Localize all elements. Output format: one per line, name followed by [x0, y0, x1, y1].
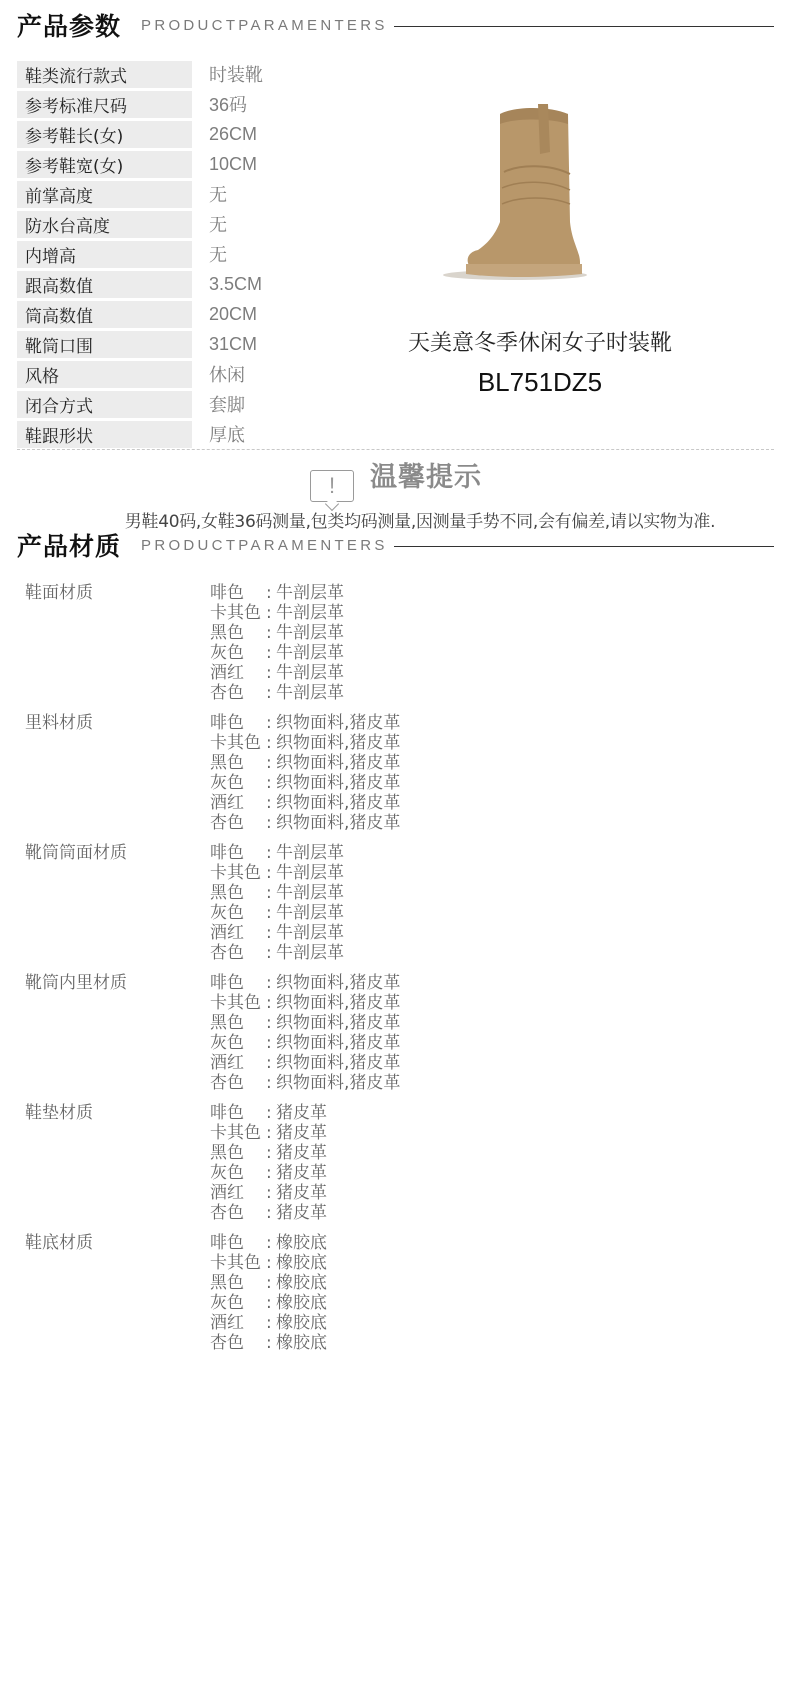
material-separator: :	[266, 713, 276, 733]
material-separator: :	[266, 943, 276, 963]
material-separator: :	[266, 793, 276, 813]
material-value: 猪皮革	[276, 1183, 327, 1203]
material-line: 黑色:橡胶底	[210, 1273, 327, 1293]
params-section-title: 产品参数	[17, 7, 121, 43]
material-line: 酒红:织物面料,猪皮革	[210, 1053, 400, 1073]
material-line: 杏色:牛剖层革	[210, 683, 344, 703]
material-color: 黑色	[210, 1273, 266, 1293]
material-lines: 啡色:织物面料,猪皮革卡其色:织物面料,猪皮革黑色:织物面料,猪皮革灰色:织物面…	[210, 973, 400, 1093]
param-key: 闭合方式	[17, 391, 192, 418]
material-value: 猪皮革	[276, 1203, 327, 1223]
material-line: 卡其色:牛剖层革	[210, 603, 344, 623]
material-color: 黑色	[210, 1013, 266, 1033]
param-row: 参考鞋宽(女)10CM	[17, 149, 387, 179]
material-separator: :	[266, 663, 276, 683]
material-line: 灰色:猪皮革	[210, 1163, 327, 1183]
material-color: 啡色	[210, 583, 266, 603]
material-color: 灰色	[210, 1033, 266, 1053]
product-name: 天美意冬季休闲女子时装靴	[380, 326, 700, 357]
material-separator: :	[266, 623, 276, 643]
param-row: 筒高数值20CM	[17, 299, 387, 329]
material-value: 牛剖层革	[276, 943, 344, 963]
boot-image-icon	[420, 92, 620, 292]
param-row: 风格休闲	[17, 359, 387, 389]
material-line: 黑色:牛剖层革	[210, 883, 344, 903]
material-separator: :	[266, 1233, 276, 1253]
param-value: 无	[192, 181, 227, 207]
material-color: 酒红	[210, 1183, 266, 1203]
material-color: 黑色	[210, 883, 266, 903]
material-separator: :	[266, 993, 276, 1013]
material-separator: :	[266, 753, 276, 773]
param-value: 31CM	[192, 334, 257, 355]
material-separator: :	[266, 923, 276, 943]
material-value: 橡胶底	[276, 1233, 327, 1253]
material-line: 酒红:织物面料,猪皮革	[210, 793, 400, 813]
material-separator: :	[266, 1273, 276, 1293]
material-value: 橡胶底	[276, 1313, 327, 1333]
material-line: 灰色:织物面料,猪皮革	[210, 1033, 400, 1053]
param-value: 厚底	[192, 421, 245, 447]
material-separator: :	[266, 973, 276, 993]
param-key: 鞋类流行款式	[17, 61, 192, 88]
material-value: 橡胶底	[276, 1253, 327, 1273]
material-value: 猪皮革	[276, 1123, 327, 1143]
material-line: 啡色:牛剖层革	[210, 843, 344, 863]
material-color: 卡其色	[210, 1253, 266, 1273]
material-value: 猪皮革	[276, 1143, 327, 1163]
material-separator: :	[266, 1033, 276, 1053]
material-color: 灰色	[210, 1163, 266, 1183]
param-value: 套脚	[192, 391, 245, 417]
material-line: 卡其色:猪皮革	[210, 1123, 327, 1143]
material-line: 酒红:橡胶底	[210, 1313, 327, 1333]
material-color: 卡其色	[210, 733, 266, 753]
material-value: 织物面料,猪皮革	[276, 713, 400, 733]
material-separator: :	[266, 603, 276, 623]
material-line: 啡色:猪皮革	[210, 1103, 327, 1123]
material-separator: :	[266, 843, 276, 863]
param-key: 内增高	[17, 241, 192, 268]
material-line: 黑色:织物面料,猪皮革	[210, 1013, 400, 1033]
material-line: 卡其色:织物面料,猪皮革	[210, 733, 400, 753]
material-lines: 啡色:橡胶底卡其色:橡胶底黑色:橡胶底灰色:橡胶底酒红:橡胶底杏色:橡胶底	[210, 1233, 327, 1353]
material-separator: :	[266, 1203, 276, 1223]
param-row: 闭合方式套脚	[17, 389, 387, 419]
product-code: BL751DZ5	[380, 367, 700, 398]
param-key: 参考鞋长(女)	[17, 121, 192, 148]
material-color: 啡色	[210, 973, 266, 993]
material-value: 牛剖层革	[276, 643, 344, 663]
material-separator: :	[266, 683, 276, 703]
param-value: 无	[192, 241, 227, 267]
material-color: 酒红	[210, 1053, 266, 1073]
tip-title: 温馨提示	[370, 455, 482, 494]
param-key: 鞋跟形状	[17, 421, 192, 448]
material-value: 织物面料,猪皮革	[276, 1033, 400, 1053]
material-value: 橡胶底	[276, 1273, 327, 1293]
material-line: 黑色:牛剖层革	[210, 623, 344, 643]
materials-section-header: 产品材质 PRODUCTPARAMENTERS	[17, 525, 774, 565]
param-key: 参考鞋宽(女)	[17, 151, 192, 178]
param-value: 休闲	[192, 361, 245, 387]
param-value: 3.5CM	[192, 274, 262, 295]
material-separator: :	[266, 1163, 276, 1183]
material-value: 织物面料,猪皮革	[276, 973, 400, 993]
dashed-divider	[17, 449, 774, 450]
material-separator: :	[266, 1053, 276, 1073]
params-section-subtitle: PRODUCTPARAMENTERS	[141, 17, 388, 34]
material-value: 牛剖层革	[276, 603, 344, 623]
material-line: 灰色:牛剖层革	[210, 903, 344, 923]
material-separator: :	[266, 1143, 276, 1163]
material-color: 灰色	[210, 773, 266, 793]
material-value: 织物面料,猪皮革	[276, 1053, 400, 1073]
param-key: 参考标准尺码	[17, 91, 192, 118]
material-color: 卡其色	[210, 863, 266, 883]
param-row: 参考标准尺码36码	[17, 89, 387, 119]
param-row: 鞋类流行款式时装靴	[17, 59, 387, 89]
material-color: 黑色	[210, 623, 266, 643]
material-lines: 啡色:猪皮革卡其色:猪皮革黑色:猪皮革灰色:猪皮革酒红:猪皮革杏色:猪皮革	[210, 1103, 327, 1223]
material-separator: :	[266, 643, 276, 663]
material-color: 杏色	[210, 813, 266, 833]
material-value: 橡胶底	[276, 1333, 327, 1353]
material-line: 黑色:猪皮革	[210, 1143, 327, 1163]
material-value: 牛剖层革	[276, 683, 344, 703]
product-image	[420, 92, 620, 292]
material-line: 啡色:橡胶底	[210, 1233, 327, 1253]
material-separator: :	[266, 1333, 276, 1353]
material-separator: :	[266, 1013, 276, 1033]
material-line: 黑色:织物面料,猪皮革	[210, 753, 400, 773]
material-separator: :	[266, 1103, 276, 1123]
material-line: 杏色:牛剖层革	[210, 943, 344, 963]
material-color: 灰色	[210, 643, 266, 663]
material-color: 酒红	[210, 663, 266, 683]
param-row: 靴筒口围31CM	[17, 329, 387, 359]
material-separator: :	[266, 733, 276, 753]
param-row: 跟高数值3.5CM	[17, 269, 387, 299]
material-value: 牛剖层革	[276, 903, 344, 923]
material-value: 织物面料,猪皮革	[276, 733, 400, 753]
material-line: 杏色:织物面料,猪皮革	[210, 1073, 400, 1093]
exclamation-icon: !	[310, 470, 354, 502]
param-key: 防水台高度	[17, 211, 192, 238]
material-value: 猪皮革	[276, 1103, 327, 1123]
param-key: 靴筒口围	[17, 331, 192, 358]
material-color: 卡其色	[210, 993, 266, 1013]
material-lines: 啡色:牛剖层革卡其色:牛剖层革黑色:牛剖层革灰色:牛剖层革酒红:牛剖层革杏色:牛…	[210, 843, 344, 963]
materials-section-title: 产品材质	[17, 527, 121, 563]
material-separator: :	[266, 583, 276, 603]
section-divider-line	[394, 26, 774, 27]
material-line: 啡色:织物面料,猪皮革	[210, 713, 400, 733]
material-value: 牛剖层革	[276, 883, 344, 903]
material-separator: :	[266, 1293, 276, 1313]
material-group: 里料材质啡色:织物面料,猪皮革卡其色:织物面料,猪皮革黑色:织物面料,猪皮革灰色…	[25, 713, 525, 833]
material-value: 织物面料,猪皮革	[276, 773, 400, 793]
materials-section-subtitle: PRODUCTPARAMENTERS	[141, 537, 388, 554]
material-value: 牛剖层革	[276, 923, 344, 943]
materials-list: 鞋面材质啡色:牛剖层革卡其色:牛剖层革黑色:牛剖层革灰色:牛剖层革酒红:牛剖层革…	[25, 583, 525, 1363]
material-color: 黑色	[210, 1143, 266, 1163]
material-color: 灰色	[210, 903, 266, 923]
material-lines: 啡色:织物面料,猪皮革卡其色:织物面料,猪皮革黑色:织物面料,猪皮革灰色:织物面…	[210, 713, 400, 833]
material-separator: :	[266, 863, 276, 883]
param-value: 36码	[192, 91, 247, 117]
material-line: 卡其色:牛剖层革	[210, 863, 344, 883]
material-value: 织物面料,猪皮革	[276, 1013, 400, 1033]
param-row: 鞋跟形状厚底	[17, 419, 387, 449]
material-color: 酒红	[210, 1313, 266, 1333]
material-line: 卡其色:橡胶底	[210, 1253, 327, 1273]
material-separator: :	[266, 773, 276, 793]
material-color: 灰色	[210, 1293, 266, 1313]
material-color: 啡色	[210, 1103, 266, 1123]
material-group: 鞋底材质啡色:橡胶底卡其色:橡胶底黑色:橡胶底灰色:橡胶底酒红:橡胶底杏色:橡胶…	[25, 1233, 525, 1353]
material-color: 酒红	[210, 793, 266, 813]
material-label: 靴筒内里材质	[25, 973, 210, 1093]
material-line: 酒红:猪皮革	[210, 1183, 327, 1203]
param-row: 内增高无	[17, 239, 387, 269]
material-group: 靴筒内里材质啡色:织物面料,猪皮革卡其色:织物面料,猪皮革黑色:织物面料,猪皮革…	[25, 973, 525, 1093]
material-line: 杏色:橡胶底	[210, 1333, 327, 1353]
material-line: 啡色:织物面料,猪皮革	[210, 973, 400, 993]
material-separator: :	[266, 1123, 276, 1143]
param-key: 筒高数值	[17, 301, 192, 328]
material-color: 杏色	[210, 1333, 266, 1353]
material-value: 牛剖层革	[276, 843, 344, 863]
material-separator: :	[266, 1183, 276, 1203]
material-value: 猪皮革	[276, 1163, 327, 1183]
material-color: 黑色	[210, 753, 266, 773]
material-group: 鞋垫材质啡色:猪皮革卡其色:猪皮革黑色:猪皮革灰色:猪皮革酒红:猪皮革杏色:猪皮…	[25, 1103, 525, 1223]
material-color: 酒红	[210, 923, 266, 943]
material-value: 织物面料,猪皮革	[276, 753, 400, 773]
material-separator: :	[266, 883, 276, 903]
param-row: 防水台高度无	[17, 209, 387, 239]
material-value: 织物面料,猪皮革	[276, 793, 400, 813]
material-separator: :	[266, 813, 276, 833]
material-value: 牛剖层革	[276, 663, 344, 683]
material-color: 啡色	[210, 1233, 266, 1253]
material-value: 织物面料,猪皮革	[276, 813, 400, 833]
params-table: 鞋类流行款式时装靴参考标准尺码36码参考鞋长(女)26CM参考鞋宽(女)10CM…	[17, 59, 387, 449]
material-color: 啡色	[210, 713, 266, 733]
material-label: 鞋垫材质	[25, 1103, 210, 1223]
material-line: 酒红:牛剖层革	[210, 663, 344, 683]
param-value: 10CM	[192, 154, 257, 175]
params-section-header: 产品参数 PRODUCTPARAMENTERS	[17, 5, 774, 45]
material-line: 啡色:牛剖层革	[210, 583, 344, 603]
material-line: 杏色:猪皮革	[210, 1203, 327, 1223]
material-value: 织物面料,猪皮革	[276, 993, 400, 1013]
material-label: 靴筒筒面材质	[25, 843, 210, 963]
material-line: 酒红:牛剖层革	[210, 923, 344, 943]
param-row: 参考鞋长(女)26CM	[17, 119, 387, 149]
param-key: 跟高数值	[17, 271, 192, 298]
param-key: 前掌高度	[17, 181, 192, 208]
material-label: 里料材质	[25, 713, 210, 833]
section-divider-line	[394, 546, 774, 547]
param-value: 20CM	[192, 304, 257, 325]
material-color: 杏色	[210, 683, 266, 703]
material-value: 牛剖层革	[276, 863, 344, 883]
material-value: 橡胶底	[276, 1293, 327, 1313]
param-key: 风格	[17, 361, 192, 388]
material-group: 鞋面材质啡色:牛剖层革卡其色:牛剖层革黑色:牛剖层革灰色:牛剖层革酒红:牛剖层革…	[25, 583, 525, 703]
material-color: 卡其色	[210, 603, 266, 623]
material-label: 鞋底材质	[25, 1233, 210, 1353]
material-value: 牛剖层革	[276, 623, 344, 643]
material-line: 灰色:橡胶底	[210, 1293, 327, 1313]
material-group: 靴筒筒面材质啡色:牛剖层革卡其色:牛剖层革黑色:牛剖层革灰色:牛剖层革酒红:牛剖…	[25, 843, 525, 963]
material-separator: :	[266, 1313, 276, 1333]
material-value: 织物面料,猪皮革	[276, 1073, 400, 1093]
material-color: 杏色	[210, 1203, 266, 1223]
material-color: 卡其色	[210, 1123, 266, 1143]
material-color: 杏色	[210, 1073, 266, 1093]
material-color: 杏色	[210, 943, 266, 963]
param-value: 时装靴	[192, 61, 263, 87]
param-value: 26CM	[192, 124, 257, 145]
param-value: 无	[192, 211, 227, 237]
param-row: 前掌高度无	[17, 179, 387, 209]
material-line: 卡其色:织物面料,猪皮革	[210, 993, 400, 1013]
material-separator: :	[266, 1073, 276, 1093]
material-line: 灰色:织物面料,猪皮革	[210, 773, 400, 793]
material-lines: 啡色:牛剖层革卡其色:牛剖层革黑色:牛剖层革灰色:牛剖层革酒红:牛剖层革杏色:牛…	[210, 583, 344, 703]
material-line: 杏色:织物面料,猪皮革	[210, 813, 400, 833]
material-separator: :	[266, 1253, 276, 1273]
material-separator: :	[266, 903, 276, 923]
material-value: 牛剖层革	[276, 583, 344, 603]
material-color: 啡色	[210, 843, 266, 863]
material-label: 鞋面材质	[25, 583, 210, 703]
material-line: 灰色:牛剖层革	[210, 643, 344, 663]
